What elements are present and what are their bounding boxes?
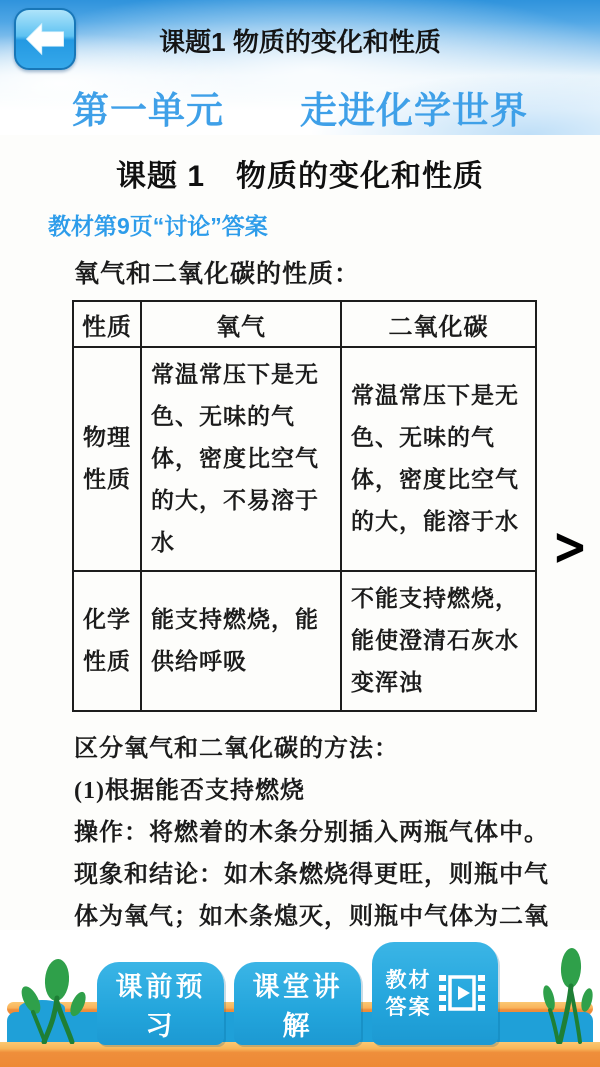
preview-button-label: 课前预习: [103, 965, 218, 1043]
col-header-oxygen: 氧气: [141, 301, 341, 347]
paragraph-block: 区分氧气和二氧化碳的方法： (1)根据能否支持燃烧 操作：将燃着的木条分别插入两…: [0, 728, 600, 930]
app-screen: 课题1 物质的变化和性质 第一单元 走进化学世界 课题 1 物质的变化和性质 教…: [0, 0, 600, 1067]
nav-title: 课题1 物质的变化和性质: [90, 22, 510, 59]
paragraph: 现象和结论：如木条燃烧得更旺，则瓶中气体为氧气；如木条熄灭，则瓶中气体为二氧化碳…: [74, 854, 568, 930]
cell-physical-oxygen: 常温常压下是无色、无味的气体，密度比空气的大，不易溶于水: [141, 347, 341, 571]
table-header-row: 性质 氧气 二氧化碳: [73, 301, 536, 347]
intro-line: 氧气和二氧化碳的性质：: [74, 254, 600, 290]
col-header-co2: 二氧化碳: [341, 301, 536, 347]
paragraph: 操作：将燃着的木条分别插入两瓶气体中。: [74, 812, 568, 854]
footer: 课前预习 课堂讲解 教材 答案: [0, 930, 600, 1067]
video-icon: [439, 973, 485, 1015]
paragraph: 区分氧气和二氧化碳的方法：: [74, 728, 568, 770]
lecture-button[interactable]: 课堂讲解: [234, 962, 361, 1045]
section-label: 教材第9页“讨论”答案: [48, 208, 600, 241]
lecture-button-label: 课堂讲解: [240, 965, 355, 1043]
paragraph: (1)根据能否支持燃烧: [74, 770, 568, 812]
cell-chemical-co2: 不能支持燃烧，能使澄清石灰水变浑浊: [341, 571, 536, 711]
scan-content: 氧气和二氧化碳的性质： 性质 氧气 二氧化碳 物理性质 常温常压下是无色、无味的…: [0, 254, 600, 930]
cell-chemical-oxygen: 能支持燃烧，能供给呼吸: [141, 571, 341, 711]
next-page-arrow[interactable]: >: [550, 510, 590, 585]
table-row: 物理性质 常温常压下是无色、无味的气体，密度比空气的大，不易溶于水 常温常压下是…: [73, 347, 536, 571]
cell-physical-co2: 常温常压下是无色、无味的气体，密度比空气的大，能溶于水: [341, 347, 536, 571]
row-label-physical: 物理性质: [73, 347, 141, 571]
preview-button[interactable]: 课前预习: [97, 962, 224, 1045]
water-bump: [19, 1000, 65, 1016]
bottom-orange-band: [0, 1042, 600, 1067]
textbook-answers-label: 教材 答案: [386, 967, 432, 1021]
back-button[interactable]: [14, 8, 76, 70]
properties-table: 性质 氧气 二氧化碳 物理性质 常温常压下是无色、无味的气体，密度比空气的大，不…: [72, 300, 537, 712]
row-label-chemical: 化学性质: [73, 571, 141, 711]
table-row: 化学性质 能支持燃烧，能供给呼吸 不能支持燃烧，能使澄清石灰水变浑浊: [73, 571, 536, 711]
scan-page: 课题 1 物质的变化和性质 教材第9页“讨论”答案 氧气和二氧化碳的性质： 性质…: [0, 135, 600, 930]
navbar: 课题1 物质的变化和性质: [0, 0, 600, 74]
textbook-answers-button[interactable]: 教材 答案: [372, 942, 498, 1045]
topic-heading: 课题 1 物质的变化和性质: [40, 151, 560, 195]
col-header-property: 性质: [73, 301, 141, 347]
back-arrow-icon: [24, 21, 66, 57]
unit-title: 第一单元 走进化学世界: [0, 80, 600, 134]
header: 课题1 物质的变化和性质 第一单元 走进化学世界: [0, 0, 600, 135]
